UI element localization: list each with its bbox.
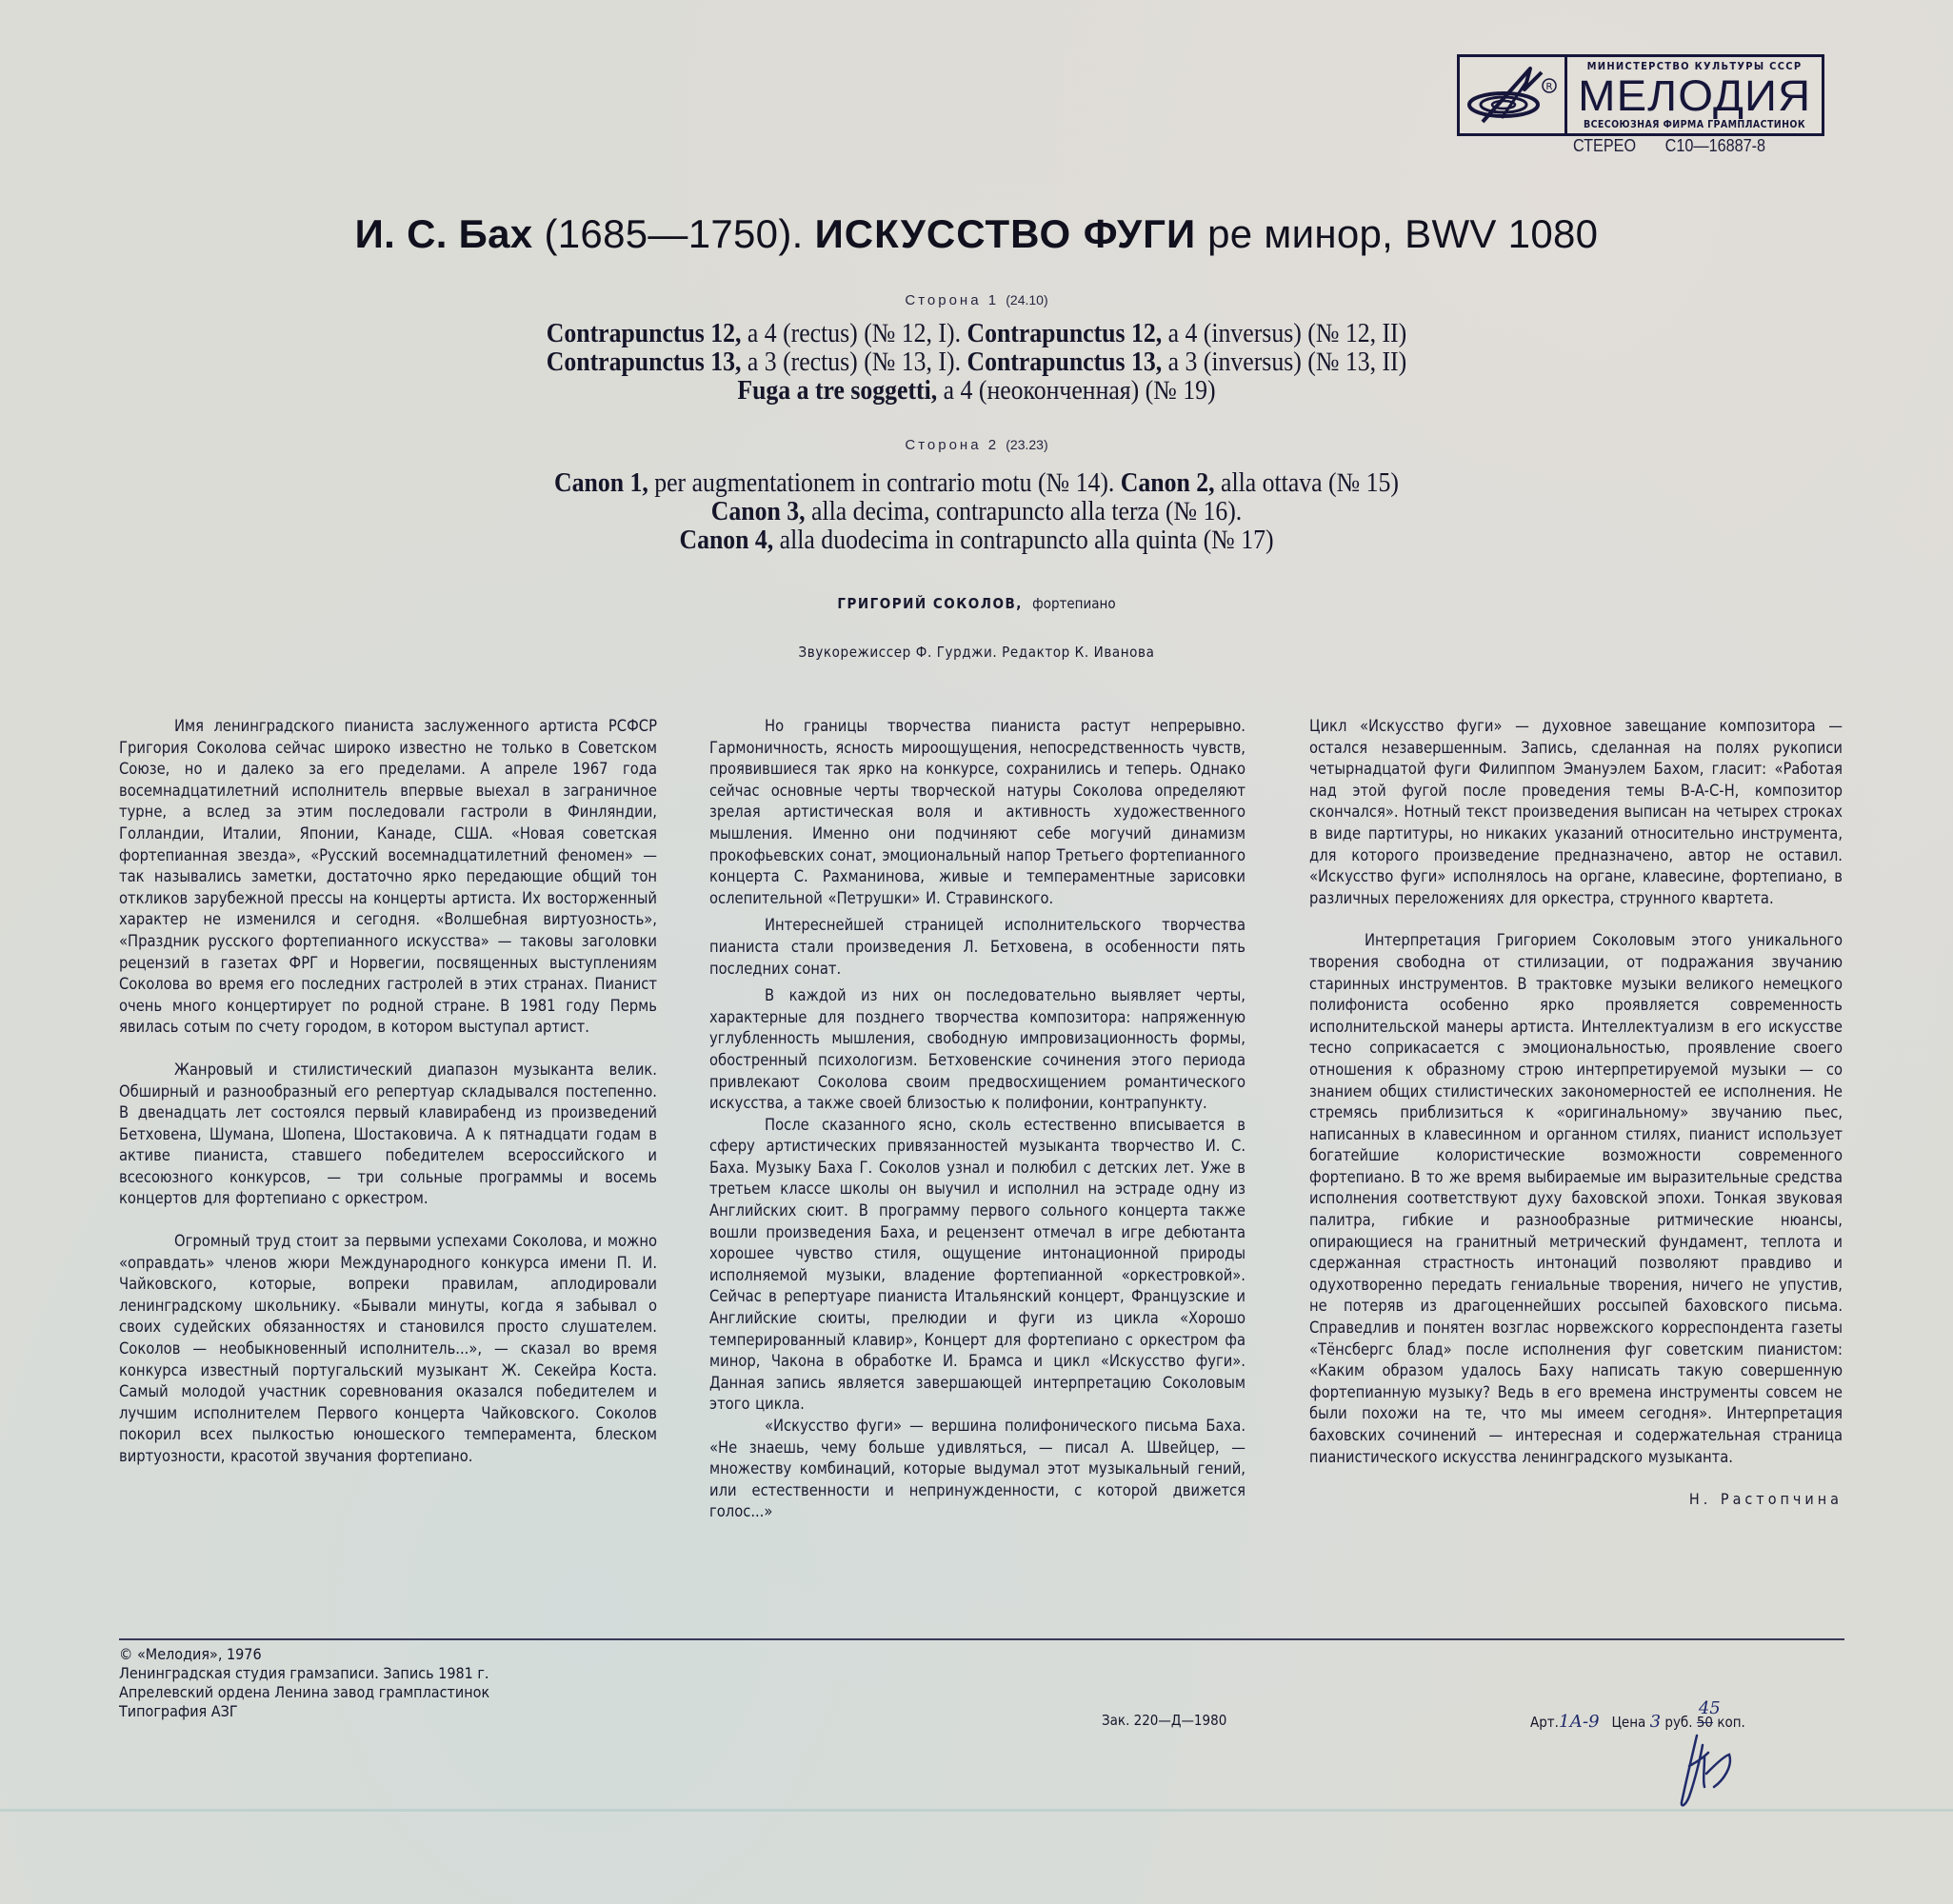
track-line: Canon 3, alla decima, contrapuncto alla … [78, 498, 1875, 526]
melodiya-record-emblem-icon: R [1460, 57, 1567, 133]
paragraph: Жанровый и стилистический диапазон музык… [119, 1060, 657, 1210]
composer: И. С. Бах [355, 211, 533, 256]
firm-text: ВСЕСОЮЗНАЯ ФИРМА ГРАМПЛАСТИНОК [1584, 119, 1805, 130]
catalog-number: С10—16887-8 [1665, 136, 1765, 155]
track-detail: a 3 (rectus) (№ 13, I). [741, 347, 967, 377]
work-title: ИСКУССТВО ФУГИ [815, 211, 1197, 256]
track-detail: alla duodecima in contrapuncto alla quin… [773, 526, 1273, 555]
track-detail: a 4 (inversus) (№ 12, II) [1162, 319, 1406, 348]
track-line: Contrapunctus 12, a 4 (rectus) (№ 12, I)… [78, 320, 1875, 348]
liner-notes-column-1: Имя ленинградского пианиста заслуженного… [119, 716, 657, 1468]
melodiya-logo: R МИНИСТЕРСТВО КУЛЬТУРЫ СССР МЕЛОДИЯ ВСЕ… [1457, 54, 1824, 136]
price-label: Цена [1611, 1714, 1645, 1731]
track-line: Contrapunctus 13, a 3 (rectus) (№ 13, I)… [78, 348, 1875, 377]
track-line: Canon 1, per augmentationem in contrario… [78, 469, 1875, 498]
side-1-heading: Сторона 1 (24.10) [0, 292, 1953, 308]
track-title: Contrapunctus 12, [547, 319, 742, 348]
order-number: Зак. 220—Д—1980 [1102, 1712, 1226, 1729]
track-title: Contrapunctus 12, [967, 319, 1162, 348]
liner-notes-column-2: Но границы творчества пианиста растут не… [709, 716, 1246, 1523]
track-title: Canon 4, [679, 526, 773, 555]
performer-instrument: фортепиано [1032, 595, 1115, 612]
paragraph: Огромный труд стоит за первыми успехами … [119, 1231, 657, 1468]
side-2-heading: Сторона 2 (23.23) [0, 437, 1953, 453]
track-detail: a 4 (rectus) (№ 12, I). [741, 319, 967, 348]
paper-crease [0, 1809, 1953, 1812]
imprint-line: Апрелевский ордена Ленина завод грамплас… [119, 1683, 489, 1702]
side-label: Сторона 2 [905, 437, 999, 453]
track-line: Canon 4, alla duodecima in contrapuncto … [78, 526, 1875, 555]
paragraph: Цикл «Искусство фуги» — духовное завещан… [1309, 716, 1843, 909]
paragraph: После сказанного ясно, сколь естественно… [709, 1115, 1246, 1416]
paragraph: «Искусство фуги» — вершина полифоническо… [709, 1416, 1246, 1523]
paragraph: Интереснейшей страницей исполнительского… [709, 915, 1246, 980]
liner-notes-column-3: Цикл «Искусство фуги» — духовное завещан… [1309, 716, 1843, 1511]
work-catalog: BWV 1080 [1405, 211, 1598, 256]
article-handwritten: 1А-9 [1559, 1712, 1600, 1732]
side-label: Сторона 1 [905, 292, 999, 308]
format-label: СТЕРЕО [1573, 136, 1636, 155]
article-label: Арт. [1530, 1714, 1559, 1731]
track-detail: a 3 (inversus) (№ 13, II) [1162, 347, 1406, 377]
track-detail: per augmentationem in contrario motu (№ … [648, 468, 1121, 498]
track-line: Fuga a tre soggetti, a 4 (неоконченная) … [78, 377, 1875, 406]
price-rub: 3 [1650, 1712, 1661, 1732]
composer-dates: (1685—1750). [544, 211, 803, 256]
imprint-line: Ленинградская студия грамзаписи. Запись … [119, 1664, 489, 1683]
catalog-info: СТЕРЕОС10—16887-8 [1573, 136, 1765, 156]
side-1-tracklist: Contrapunctus 12, a 4 (rectus) (№ 12, I)… [78, 320, 1875, 406]
side-duration: (23.23) [1006, 437, 1047, 452]
track-title: Canon 1, [554, 468, 648, 498]
track-detail: a 4 (неоконченная) (№ 19) [937, 376, 1215, 406]
paragraph: Имя ленинградского пианиста заслуженного… [119, 716, 657, 1039]
side-duration: (24.10) [1006, 292, 1047, 307]
paragraph: Интерпретация Григорием Соколовым этого … [1309, 930, 1843, 1468]
imprint: © «Мелодия», 1976 Ленинградская студия г… [119, 1645, 489, 1721]
track-title: Canon 2, [1121, 468, 1215, 498]
track-detail: alla decima, contrapuncto alla terza (№ … [806, 497, 1243, 526]
production-credits: Звукорежиссер Ф. Гурджи. Редактор К. Ива… [0, 644, 1953, 661]
work-key: ре минор, [1207, 211, 1393, 256]
imprint-line: © «Мелодия», 1976 [119, 1645, 489, 1664]
imprint-line: Типография АЗГ [119, 1702, 489, 1721]
svg-text:R: R [1546, 82, 1553, 92]
track-title: Fuga a tre soggetti, [737, 376, 937, 406]
track-title: Contrapunctus 13, [967, 347, 1162, 377]
price-kop-handwritten: 45 [1699, 1698, 1721, 1718]
footer-divider [119, 1638, 1844, 1640]
performer-credit: ГРИГОРИЙ СОКОЛОВ, фортепиано [0, 595, 1953, 612]
paragraph: Но границы творчества пианиста растут не… [709, 716, 1246, 909]
album-title: И. С. Бах (1685—1750). ИСКУССТВО ФУГИ ре… [0, 211, 1953, 257]
author-signature: Н. Растопчина [1309, 1489, 1843, 1511]
side-2-tracklist: Canon 1, per augmentationem in contrario… [78, 469, 1875, 555]
paragraph: В каждой из них он последовательно выявл… [709, 985, 1246, 1115]
track-title: Contrapunctus 13, [547, 347, 742, 377]
handwritten-initials-icon [1676, 1728, 1752, 1813]
track-title: Canon 3, [711, 497, 806, 526]
track-detail: alla ottava (№ 15) [1215, 468, 1399, 498]
brand-name: МЕЛОДИЯ [1578, 77, 1811, 115]
performer-name: ГРИГОРИЙ СОКОЛОВ, [837, 595, 1022, 612]
